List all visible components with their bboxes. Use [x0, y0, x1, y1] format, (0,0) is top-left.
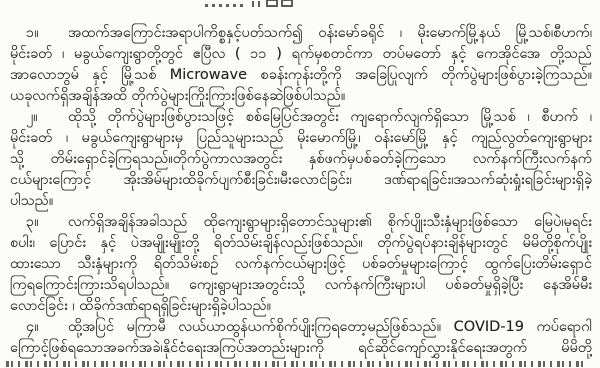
paragraph-3: ၃။ လက်ရှိအချိန်အခါသည် ထိုကျေးရွာများရှိတ…: [10, 212, 592, 317]
paragraph-line: ၄။ ထို့အပြင် မကြာမီ လယ်ယာထွန်ယက်စိုက်ပျိ…: [10, 317, 592, 338]
paragraph-line-text: ယခုလက်ရှိအချိန်အထိ တိုက်ပွဲများကြိုးကြား…: [10, 86, 592, 107]
paragraph-line: ၁။ အထက်အကြောင်းအရာပါကိစ္စနှင့်ပတ်သက်၍ ဝန…: [10, 23, 592, 44]
paragraph-line-text: ပါသည်။: [10, 191, 592, 212]
clipped-top-line-fragment: [252, 1, 263, 7]
paragraph-line-text: ငယ်များကြောင့် အိုးအိမ်များထိခိုက်ပျက်စီ…: [10, 170, 592, 191]
clipped-top-line-fragment: [205, 4, 247, 7]
clipped-top-line-fragment: [266, 0, 278, 7]
paragraph-line-text: ကြရကြောင်းကြားသိရပါသည်။ ကျေးရွာများအတွင်…: [10, 275, 592, 296]
document-body: ၁။ အထက်အကြောင်းအရာပါကိစ္စနှင့်ပတ်သက်၍ ဝန…: [10, 23, 592, 359]
paragraph-line-text: ထိုသို့ တိုက်ပွဲများဖြစ်ပွားသဖြင့် စစ်မြ…: [68, 107, 592, 128]
paragraph-line-text: စပါး၊ ပြောင်း နှင့် ပဲအမျိုးမျိုးတို့ ရိ…: [10, 233, 592, 254]
paragraph-line-text: ကြောင့်ဖြစ်ရသောအခက်အခဲ၊နိုင်ငံရေးအကြပ်အတ…: [10, 338, 592, 359]
paragraph-number: ၃။: [10, 212, 68, 233]
clipped-top-line-fragment: [281, 0, 293, 7]
paragraph-line-text: အထက်အကြောင်းအရာပါကိစ္စနှင့်ပတ်သက်၍ ဝန်းမ…: [68, 23, 592, 44]
paragraph-line-text: လက်ရှိအချိန်အခါသည် ထိုကျေးရွာများရှိတောင…: [68, 212, 592, 233]
paragraph-number: ၂။: [10, 107, 68, 128]
paragraph-2: ၂။ ထိုသို့ တိုက်ပွဲများဖြစ်ပွားသဖြင့် စစ…: [10, 107, 592, 212]
paragraph-number: ၁။: [10, 23, 68, 44]
clipped-bottom-line-fragment: [6, 361, 586, 367]
paragraph-line-text: သို့ တိမ်းရှောင်ခဲ့ကြရသည်။တိုက်ပွဲကာလအတွ…: [10, 149, 592, 170]
paragraph-line: ၃။ လက်ရှိအချိန်အခါသည် ထိုကျေးရွာများရှိတ…: [10, 212, 592, 233]
paragraph-line-text: မိုင်းခတ် ၊ မခွယ်ကျေးရွာတို့တွင် ဧပြီလ (…: [10, 44, 592, 65]
paragraph-line-text: မိုင်းခတ် ၊ မခွယ်ကျေးရွာများမှ ပြည်သူမျာ…: [10, 128, 592, 149]
paragraph-line-text: ထားသော သီးနှံများကို ရိတ်သိမ်းစဉ် လက်နက်…: [10, 254, 592, 275]
scanned-document-page: ၁။ အထက်အကြောင်းအရာပါကိစ္စနှင့်ပတ်သက်၍ ဝန…: [0, 0, 600, 368]
paragraph-line-text: လောင်ခြင်း ၊ ထိခိုက်ဒဏ်ရာရရှိခြင်းများရှ…: [10, 296, 592, 317]
paragraph-line-text: ထို့အပြင် မကြာမီ လယ်ယာထွန်ယက်စိုက်ပျိုးက…: [68, 317, 592, 338]
paragraph-4: ၄။ ထို့အပြင် မကြာမီ လယ်ယာထွန်ယက်စိုက်ပျိ…: [10, 317, 592, 359]
paragraph-line: ၂။ ထိုသို့ တိုက်ပွဲများဖြစ်ပွားသဖြင့် စစ…: [10, 107, 592, 128]
paragraph-number: ၄။: [10, 317, 68, 338]
paragraph-line-text: အာလောဘွမ် နှင့် မြို့သစ် Microwave စခန်း…: [10, 65, 592, 86]
paragraph-1: ၁။ အထက်အကြောင်းအရာပါကိစ္စနှင့်ပတ်သက်၍ ဝန…: [10, 23, 592, 107]
